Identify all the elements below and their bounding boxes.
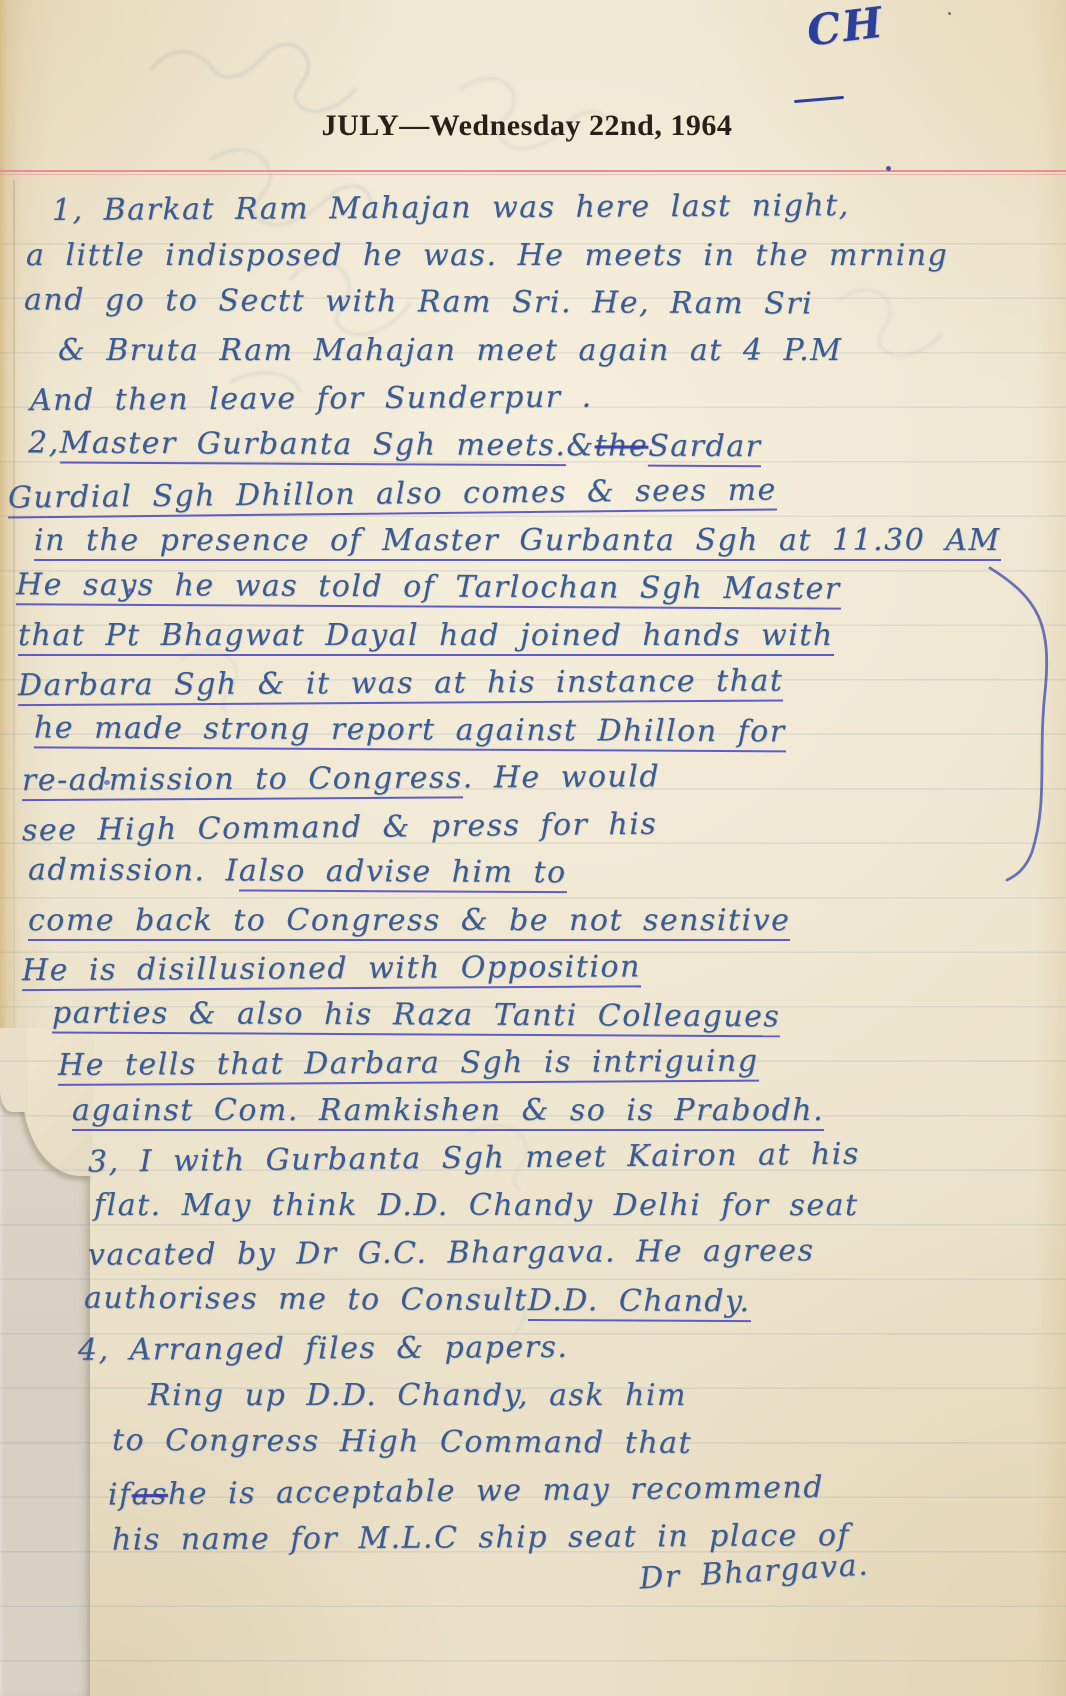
hw-line: flat. May think D.D. Chandy Delhi for se… bbox=[0, 1188, 1066, 1236]
hw-segment: if bbox=[108, 1477, 132, 1513]
hw-line: & Bruta Ram Mahajan meet again at 4 P.M bbox=[0, 333, 1066, 381]
hw-segment: see High Command & press for his bbox=[22, 806, 658, 849]
hw-segment: come back to Congress & be not sensitive bbox=[28, 903, 790, 941]
hw-segment: 4, Arranged files & papers. bbox=[78, 1330, 569, 1369]
hw-line: in the presence of Master Gurbanta Sgh a… bbox=[0, 523, 1066, 571]
hw-line: admission. I also advise him to bbox=[0, 852, 1066, 905]
hw-segment: and go to Sectt with Ram Sri. He, Ram Sr… bbox=[24, 282, 813, 322]
hw-segment: in the presence of Master Gurbanta Sgh a… bbox=[34, 523, 1001, 561]
diary-page: JULY—Wednesday 22nd, 1964 CH 1, Barkat R… bbox=[0, 0, 1066, 1696]
hw-segment: to Congress High Command that bbox=[112, 1423, 692, 1462]
hw-segment: He is disillusioned with Opposition bbox=[22, 949, 641, 991]
hw-line: vacated by Dr G.C. Bhargava. He agrees bbox=[0, 1232, 1066, 1286]
hw-segment: Sardar bbox=[648, 428, 761, 467]
hw-segment: that Pt Bhagwat Dayal had joined hands w… bbox=[18, 618, 834, 656]
hw-segment: . He would bbox=[463, 759, 661, 796]
hw-line: a little indisposed he was. He meets in … bbox=[0, 238, 1066, 286]
hw-line: and go to Sectt with Ram Sri. He, Ram Sr… bbox=[0, 282, 1066, 335]
hw-segment: Darbara Sgh & it was at his instance tha… bbox=[18, 663, 784, 706]
hw-segment: flat. May think D.D. Chandy Delhi for se… bbox=[94, 1188, 859, 1224]
ink-speck bbox=[128, 588, 134, 593]
hw-line: Gurdial Sgh Dhillon also comes & sees me bbox=[0, 469, 1066, 528]
handwritten-lines: 1, Barkat Ram Mahajan was here last nigh… bbox=[0, 190, 1066, 1615]
hw-line: come back to Congress & be not sensitive bbox=[0, 903, 1066, 951]
hw-line: He says he was told of Tarlochan Sgh Mas… bbox=[0, 567, 1066, 620]
hw-line: And then leave for Sunderpur . bbox=[0, 377, 1066, 431]
hw-line: parties & also his Raza Tanti Colleagues bbox=[0, 995, 1066, 1048]
hw-line: Ring up D.D. Chandy, ask him bbox=[0, 1378, 1066, 1426]
hw-line: 1, Barkat Ram Mahajan was here last nigh… bbox=[0, 187, 1066, 241]
hw-segment: Ring up D.D. Chandy, ask him bbox=[148, 1378, 687, 1414]
corner-mark-underline bbox=[794, 96, 844, 103]
ink-speck bbox=[886, 166, 891, 171]
ink-speck bbox=[104, 780, 110, 785]
hw-segment: & bbox=[566, 428, 594, 464]
hw-segment: he made strong report against Dhillon fo… bbox=[34, 710, 786, 752]
hw-segment: 1, Barkat Ram Mahajan was here last nigh… bbox=[52, 188, 850, 229]
hw-segment: He says he was told of Tarlochan Sgh Mas… bbox=[16, 567, 841, 609]
hw-segment: admission. I bbox=[28, 852, 239, 889]
hw-line: that Pt Bhagwat Dayal had joined hands w… bbox=[0, 618, 1066, 666]
hw-segment: he is acceptable we may recommend bbox=[168, 1469, 824, 1512]
hw-segment: re-admission to Congress bbox=[22, 760, 463, 801]
hw-line: He is disillusioned with Opposition bbox=[0, 947, 1066, 1001]
hw-line: He tells that Darbara Sgh is intriguing bbox=[0, 1042, 1066, 1096]
page-header-date: JULY—Wednesday 22nd, 1964 bbox=[0, 109, 1060, 143]
hw-segment: Master Gurbanta Sgh meets. bbox=[60, 425, 567, 466]
hw-segment: a little indisposed he was. He meets in … bbox=[26, 238, 948, 274]
hw-segment: authorises me to Consult bbox=[84, 1280, 528, 1318]
hw-segment: He tells that Darbara Sgh is intriguing bbox=[58, 1044, 759, 1086]
hw-line: Darbara Sgh & it was at his instance tha… bbox=[0, 662, 1066, 716]
hw-line: to Congress High Command that bbox=[0, 1422, 1066, 1475]
corner-mark: CH bbox=[804, 0, 887, 56]
hw-line: 2, Master Gurbanta Sgh meets. & the Sard… bbox=[0, 425, 1066, 478]
hw-segment: 2, bbox=[28, 425, 60, 461]
hw-segment: the bbox=[595, 428, 649, 464]
hw-segment: D.D. Chandy. bbox=[528, 1282, 751, 1321]
hw-line: see High Command & press for his bbox=[0, 802, 1066, 861]
hw-segment: also advise him to bbox=[239, 853, 567, 893]
hw-segment: as bbox=[131, 1476, 168, 1512]
hw-segment: And then leave for Sunderpur . bbox=[30, 380, 593, 419]
hw-segment: vacated by Dr G.C. Bhargava. He agrees bbox=[88, 1233, 815, 1273]
pink-rule bbox=[0, 170, 1066, 172]
hw-segment: Gurdial Sgh Dhillon also comes & sees me bbox=[8, 472, 777, 518]
hw-line: 3, I with Gurbanta Sgh meet Kairon at hi… bbox=[0, 1134, 1066, 1193]
hw-line: authorises me to Consult D.D. Chandy. bbox=[0, 1280, 1066, 1333]
hw-segment: his name for M.L.C ship seat in place of bbox=[112, 1518, 850, 1559]
hw-line: he made strong report against Dhillon fo… bbox=[0, 710, 1066, 763]
hw-segment: parties & also his Raza Tanti Colleagues bbox=[52, 995, 781, 1037]
ink-speck bbox=[948, 12, 951, 15]
hw-segment: & Bruta Ram Mahajan meet again at 4 P.M bbox=[58, 333, 842, 369]
hw-line: re-admission to Congress. He would bbox=[0, 757, 1066, 811]
hw-segment: against Com. Ramkishen & so is Prabodh. bbox=[72, 1093, 824, 1131]
hw-line: against Com. Ramkishen & so is Prabodh. bbox=[0, 1093, 1066, 1141]
hw-segment: 3, I with Gurbanta Sgh meet Kairon at hi… bbox=[88, 1137, 860, 1181]
hw-line: 4, Arranged files & papers. bbox=[0, 1327, 1066, 1381]
